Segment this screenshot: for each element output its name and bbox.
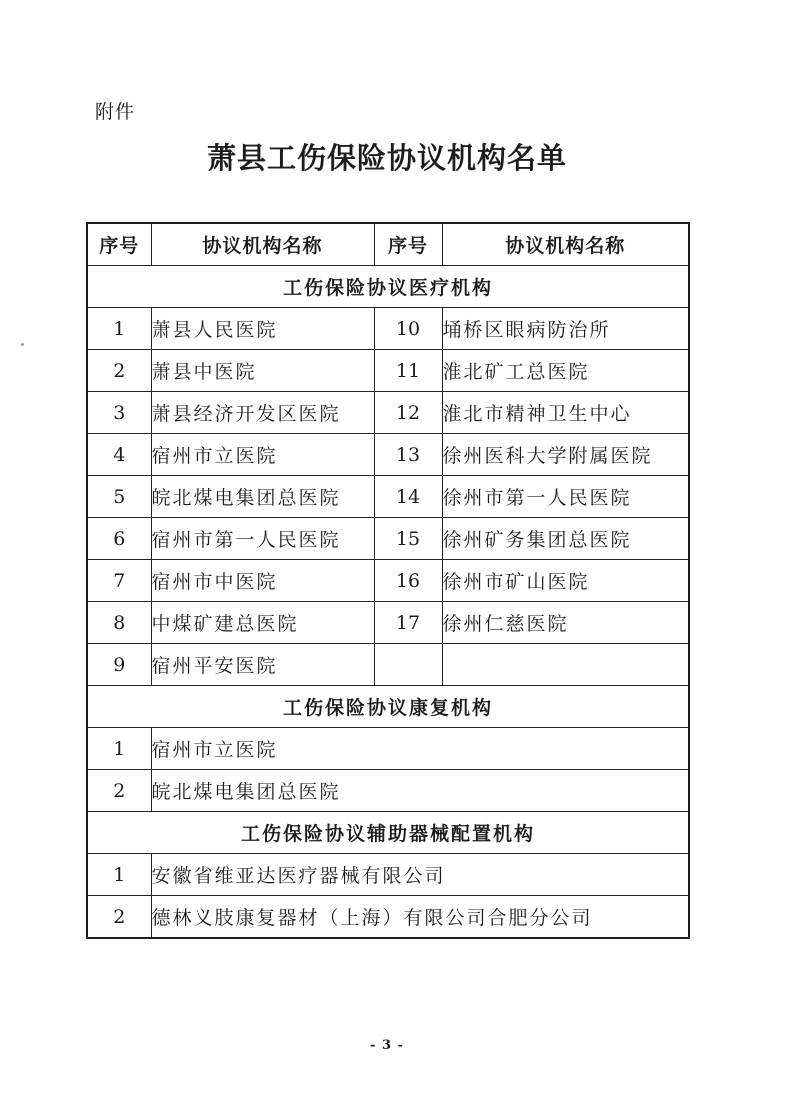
cell-seq: 14 [374, 476, 442, 518]
column-header-seq-left: 序号 [87, 223, 151, 266]
cell-seq: 1 [87, 854, 151, 896]
table-row: 6 宿州市第一人民医院 15 徐州矿务集团总医院 [87, 518, 689, 560]
page-title: 萧县工伤保险协议机构名单 [86, 136, 688, 177]
cell-institution-name: 德林义肢康复器材（上海）有限公司合肥分公司 [151, 896, 689, 939]
table-row: 1 萧县人民医院 10 埇桥区眼病防治所 [87, 308, 689, 350]
column-header-name-left: 协议机构名称 [151, 223, 374, 266]
section-header-row: 工伤保险协议康复机构 [87, 686, 689, 728]
cell-institution-name: 淮北市精神卫生中心 [442, 392, 689, 434]
cell-seq: 13 [374, 434, 442, 476]
cell-institution-name: 徐州市第一人民医院 [442, 476, 689, 518]
cell-institution-name: 皖北煤电集团总医院 [151, 770, 689, 812]
cell-institution-name: 宿州市立医院 [151, 434, 374, 476]
cell-institution-name: 安徽省维亚达医疗器械有限公司 [151, 854, 689, 896]
table-row: 1 安徽省维亚达医疗器械有限公司 [87, 854, 689, 896]
cell-institution-name: 徐州医科大学附属医院 [442, 434, 689, 476]
cell-seq: 2 [87, 350, 151, 392]
section-title-equipment: 工伤保险协议辅助器械配置机构 [87, 812, 689, 854]
cell-seq: 12 [374, 392, 442, 434]
attachment-label: 附件 [95, 97, 135, 124]
column-header-name-right: 协议机构名称 [442, 223, 689, 266]
cell-seq: 1 [87, 308, 151, 350]
table-row: 2 德林义肢康复器材（上海）有限公司合肥分公司 [87, 896, 689, 939]
cell-seq: 9 [87, 644, 151, 686]
table-row: 5 皖北煤电集团总医院 14 徐州市第一人民医院 [87, 476, 689, 518]
cell-institution-name: 宿州平安医院 [151, 644, 374, 686]
cell-institution-name: 萧县人民医院 [151, 308, 374, 350]
cell-institution-name: 埇桥区眼病防治所 [442, 308, 689, 350]
cell-institution-name: 徐州矿务集团总医院 [442, 518, 689, 560]
table-row: 8 中煤矿建总医院 17 徐州仁慈医院 [87, 602, 689, 644]
section-title-medical: 工伤保险协议医疗机构 [87, 266, 689, 308]
cell-seq: 2 [87, 896, 151, 939]
cell-institution-name: 宿州市第一人民医院 [151, 518, 374, 560]
table-row: 7 宿州市中医院 16 徐州市矿山医院 [87, 560, 689, 602]
cell-seq: 4 [87, 434, 151, 476]
cell-institution-name: 宿州市立医院 [151, 728, 689, 770]
cell-seq: 15 [374, 518, 442, 560]
cell-institution-name: 徐州市矿山医院 [442, 560, 689, 602]
cell-seq: 17 [374, 602, 442, 644]
cell-seq: 1 [87, 728, 151, 770]
cell-institution-name: 萧县经济开发区医院 [151, 392, 374, 434]
cell-seq: 8 [87, 602, 151, 644]
cell-seq: 11 [374, 350, 442, 392]
cell-institution-name: 萧县中医院 [151, 350, 374, 392]
table-row: 2 皖北煤电集团总医院 [87, 770, 689, 812]
column-header-seq-right: 序号 [374, 223, 442, 266]
section-header-row: 工伤保险协议医疗机构 [87, 266, 689, 308]
cell-seq: 7 [87, 560, 151, 602]
cell-seq: 2 [87, 770, 151, 812]
cell-seq: 6 [87, 518, 151, 560]
institutions-table: 序号 协议机构名称 序号 协议机构名称 工伤保险协议医疗机构 1 萧县人民医院 … [86, 222, 690, 939]
cell-institution-name-empty [442, 644, 689, 686]
table-row: 2 萧县中医院 11 淮北矿工总医院 [87, 350, 689, 392]
section-title-rehab: 工伤保险协议康复机构 [87, 686, 689, 728]
cell-seq: 3 [87, 392, 151, 434]
cell-seq: 16 [374, 560, 442, 602]
table-row: 3 萧县经济开发区医院 12 淮北市精神卫生中心 [87, 392, 689, 434]
cell-seq: 10 [374, 308, 442, 350]
cell-seq: 5 [87, 476, 151, 518]
cell-institution-name: 淮北矿工总医院 [442, 350, 689, 392]
table-row: 9 宿州平安医院 [87, 644, 689, 686]
cell-seq-empty [374, 644, 442, 686]
cell-institution-name: 中煤矿建总医院 [151, 602, 374, 644]
page-number: - 3 - [86, 1038, 688, 1053]
cell-institution-name: 徐州仁慈医院 [442, 602, 689, 644]
table-header-row: 序号 协议机构名称 序号 协议机构名称 [87, 223, 689, 266]
section-header-row: 工伤保险协议辅助器械配置机构 [87, 812, 689, 854]
cell-institution-name: 皖北煤电集团总医院 [151, 476, 374, 518]
cell-institution-name: 宿州市中医院 [151, 560, 374, 602]
table-row: 1 宿州市立医院 [87, 728, 689, 770]
table-row: 4 宿州市立医院 13 徐州医科大学附属医院 [87, 434, 689, 476]
scan-artifact-dot [21, 343, 24, 346]
